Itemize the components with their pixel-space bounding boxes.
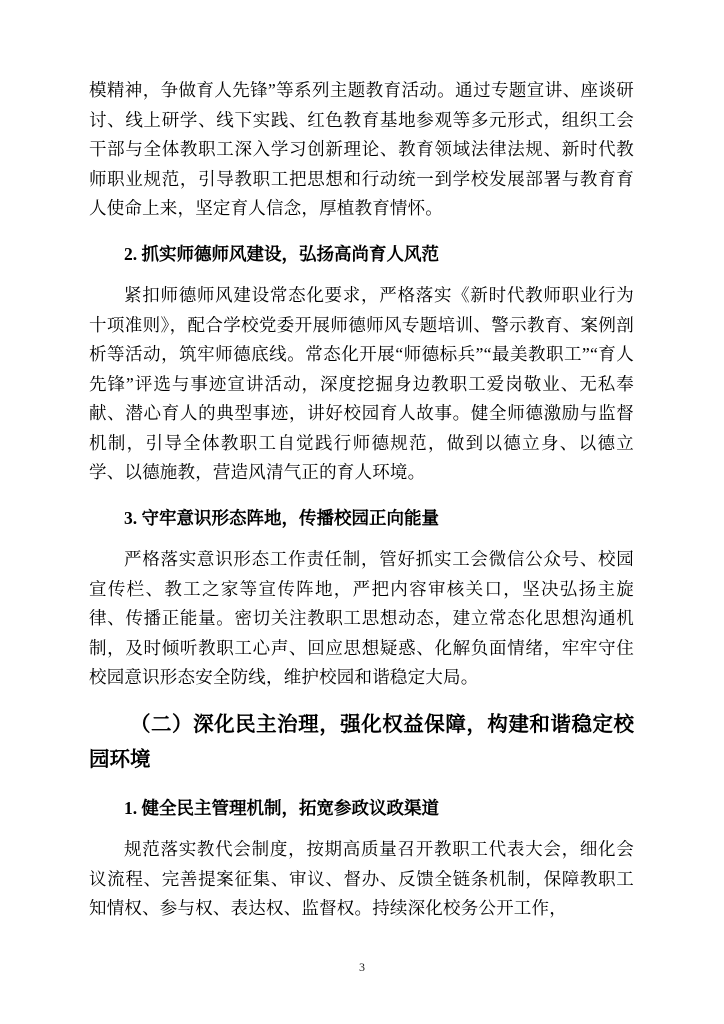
- subsection-heading-1-democracy: 1. 健全民主管理机制，拓宽参政议政渠道: [89, 794, 634, 824]
- subsection-heading-3: 3. 守牢意识形态阵地，传播校园正向能量: [89, 504, 634, 534]
- paragraph-ideology: 严格落实意识形态工作责任制，管好抓实工会微信公众号、校园宣传栏、教工之家等宣传阵…: [89, 545, 634, 693]
- subsection-heading-2: 2. 抓实师德师风建设，弘扬高尚育人风范: [89, 240, 634, 270]
- section-heading-two: （二）深化民主治理，强化权益保障，构建和谐稳定校园环境: [89, 708, 634, 778]
- paragraph-continuation: 模精神，争做育人先锋”等系列主题教育活动。通过专题宣讲、座谈研讨、线上研学、线下…: [89, 76, 634, 224]
- document-body: 模精神，争做育人先锋”等系列主题教育活动。通过专题宣讲、座谈研讨、线上研学、线下…: [89, 76, 634, 924]
- document-page: 模精神，争做育人先锋”等系列主题教育活动。通过专题宣讲、座谈研讨、线上研学、线下…: [0, 0, 724, 1024]
- page-number: 3: [0, 960, 724, 974]
- paragraph-teacher-ethics: 紧扣师德师风建设常态化要求，严格落实《新时代教师职业行为十项准则》，配合学校党委…: [89, 281, 634, 488]
- paragraph-democratic-management: 规范落实教代会制度，按期高质量召开教职工代表大会，细化会议流程、完善提案征集、审…: [89, 835, 634, 924]
